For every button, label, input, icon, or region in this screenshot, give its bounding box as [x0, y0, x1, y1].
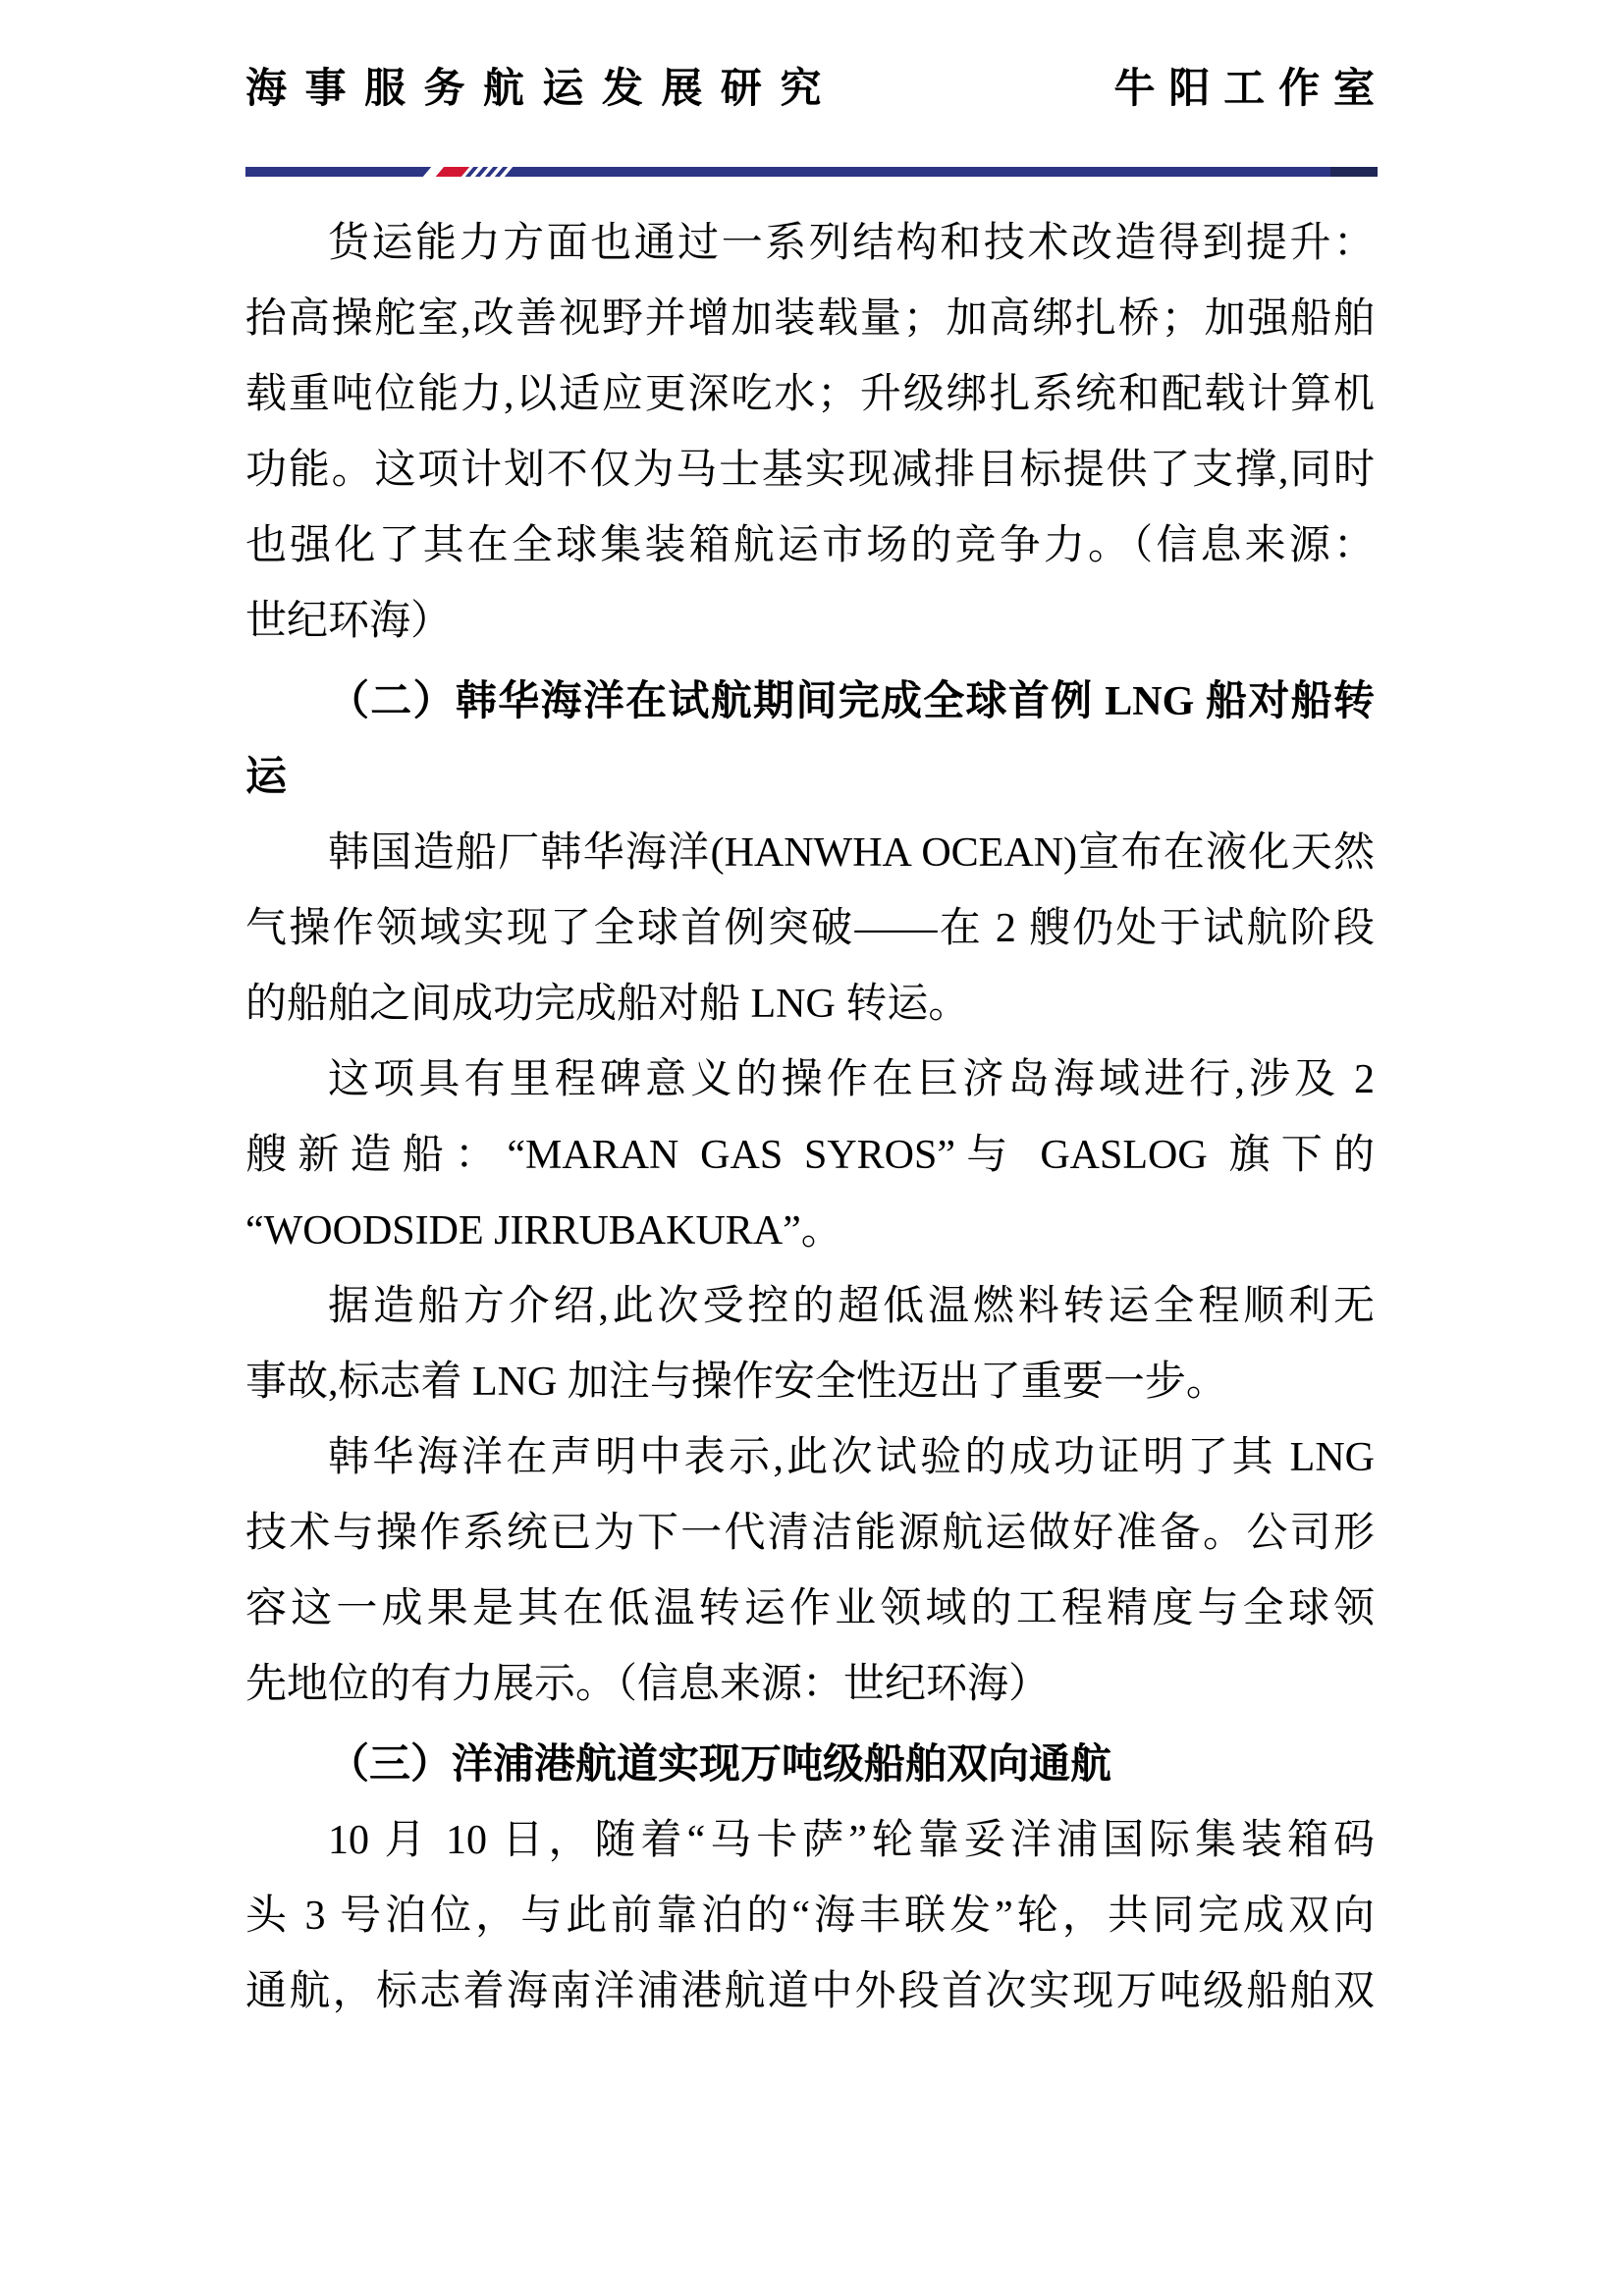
body-line: 韩华海洋在声明中表示,此次试验的成功证明了其 LNG — [245, 1420, 1375, 1496]
body-line: 功能。这项计划不仅为马士基实现减排目标提供了支撑,同时 — [245, 433, 1375, 508]
body-line: 世纪环海） — [245, 584, 1375, 660]
heading-line: 运 — [245, 740, 1375, 816]
paragraph-hanwha-announcement: 韩国造船厂韩华海洋(HANWHA OCEAN)宣布在液化天然 气操作领域实现了全… — [245, 816, 1375, 1042]
paragraph-cargo-upgrades: 货运能力方面也通过一系列结构和技术改造得到提升： 抬高操舵室,改善视野并增加装载… — [245, 206, 1375, 660]
body-line: 抬高操舵室,改善视野并增加装载量；加高绑扎桥；加强船舶 — [245, 282, 1375, 357]
divider-bar-base — [245, 167, 1378, 177]
body-line: 据造船方介绍,此次受控的超低温燃料转运全程顺利无 — [245, 1269, 1375, 1345]
paragraph-hanwha-statement: 韩华海洋在声明中表示,此次试验的成功证明了其 LNG 技术与操作系统已为下一代清… — [245, 1420, 1375, 1723]
body-line: 事故,标志着 LNG 加注与操作安全性迈出了重要一步。 — [245, 1345, 1375, 1420]
body-line: 艘新造船：“MARAN GAS SYROS”与 GASLOG 旗下的 — [245, 1118, 1375, 1194]
body-line: 气操作领域实现了全球首例突破——在 2 艘仍处于试航阶段 — [245, 891, 1375, 967]
document-page: 海事服务航运发展研究 牛阳工作室 货运能力方面也通过一系列结构和技术改造得到提升… — [0, 0, 1624, 2296]
heading-line: （三）洋浦港航道实现万吨级船舶双向通航 — [245, 1728, 1375, 1803]
body-line: 也强化了其在全球集装箱航运市场的竞争力。（信息来源： — [245, 508, 1375, 584]
body-line: 载重吨位能力,以适应更深吃水；升级绑扎系统和配载计算机 — [245, 357, 1375, 433]
body-line: 的船舶之间成功完成船对船 LNG 转运。 — [245, 967, 1375, 1042]
document-body: 货运能力方面也通过一系列结构和技术改造得到提升： 抬高操舵室,改善视野并增加装载… — [245, 206, 1375, 2030]
section-heading-3: （三）洋浦港航道实现万吨级船舶双向通航 — [245, 1728, 1375, 1803]
paragraph-transfer-safety: 据造船方介绍,此次受控的超低温燃料转运全程顺利无 事故,标志着 LNG 加注与操… — [245, 1269, 1375, 1420]
body-line: 通航，标志着海南洋浦港航道中外段首次实现万吨级船舶双 — [245, 1954, 1375, 2030]
header-title-left: 海事服务航运发展研究 — [245, 65, 839, 112]
paragraph-yangpu-channel: 10 月 10 日，随着“马卡萨”轮靠妥洋浦国际集装箱码 头 3 号泊位，与此前… — [245, 1803, 1375, 2030]
body-line: 头 3 号泊位，与此前靠泊的“海丰联发”轮，共同完成双向 — [245, 1879, 1375, 1954]
body-line: 货运能力方面也通过一系列结构和技术改造得到提升： — [245, 206, 1375, 282]
body-line: 容这一成果是其在低温转运作业领域的工程精度与全球领 — [245, 1572, 1375, 1647]
header-title-right: 牛阳工作室 — [1114, 65, 1388, 112]
body-line: 韩国造船厂韩华海洋(HANWHA OCEAN)宣布在液化天然 — [245, 816, 1375, 891]
header-divider-bar — [245, 167, 1378, 177]
page-header: 海事服务航运发展研究 牛阳工作室 — [245, 65, 1375, 112]
body-line: 10 月 10 日，随着“马卡萨”轮靠妥洋浦国际集装箱码 — [245, 1803, 1375, 1879]
body-line: 这项具有里程碑意义的操作在巨济岛海域进行,涉及 2 — [245, 1042, 1375, 1118]
heading-line: （二）韩华海洋在试航期间完成全球首例 LNG 船对船转 — [245, 665, 1375, 740]
body-line: 技术与操作系统已为下一代清洁能源航运做好准备。公司形 — [245, 1496, 1375, 1572]
paragraph-milestone-operation: 这项具有里程碑意义的操作在巨济岛海域进行,涉及 2 艘新造船：“MARAN GA… — [245, 1042, 1375, 1269]
divider-bar-endcap — [1330, 167, 1378, 177]
body-line: “WOODSIDE JIRRUBAKURA”。 — [245, 1194, 1375, 1269]
body-line: 先地位的有力展示。（信息来源：世纪环海） — [245, 1647, 1375, 1723]
section-heading-2: （二）韩华海洋在试航期间完成全球首例 LNG 船对船转 运 — [245, 665, 1375, 816]
